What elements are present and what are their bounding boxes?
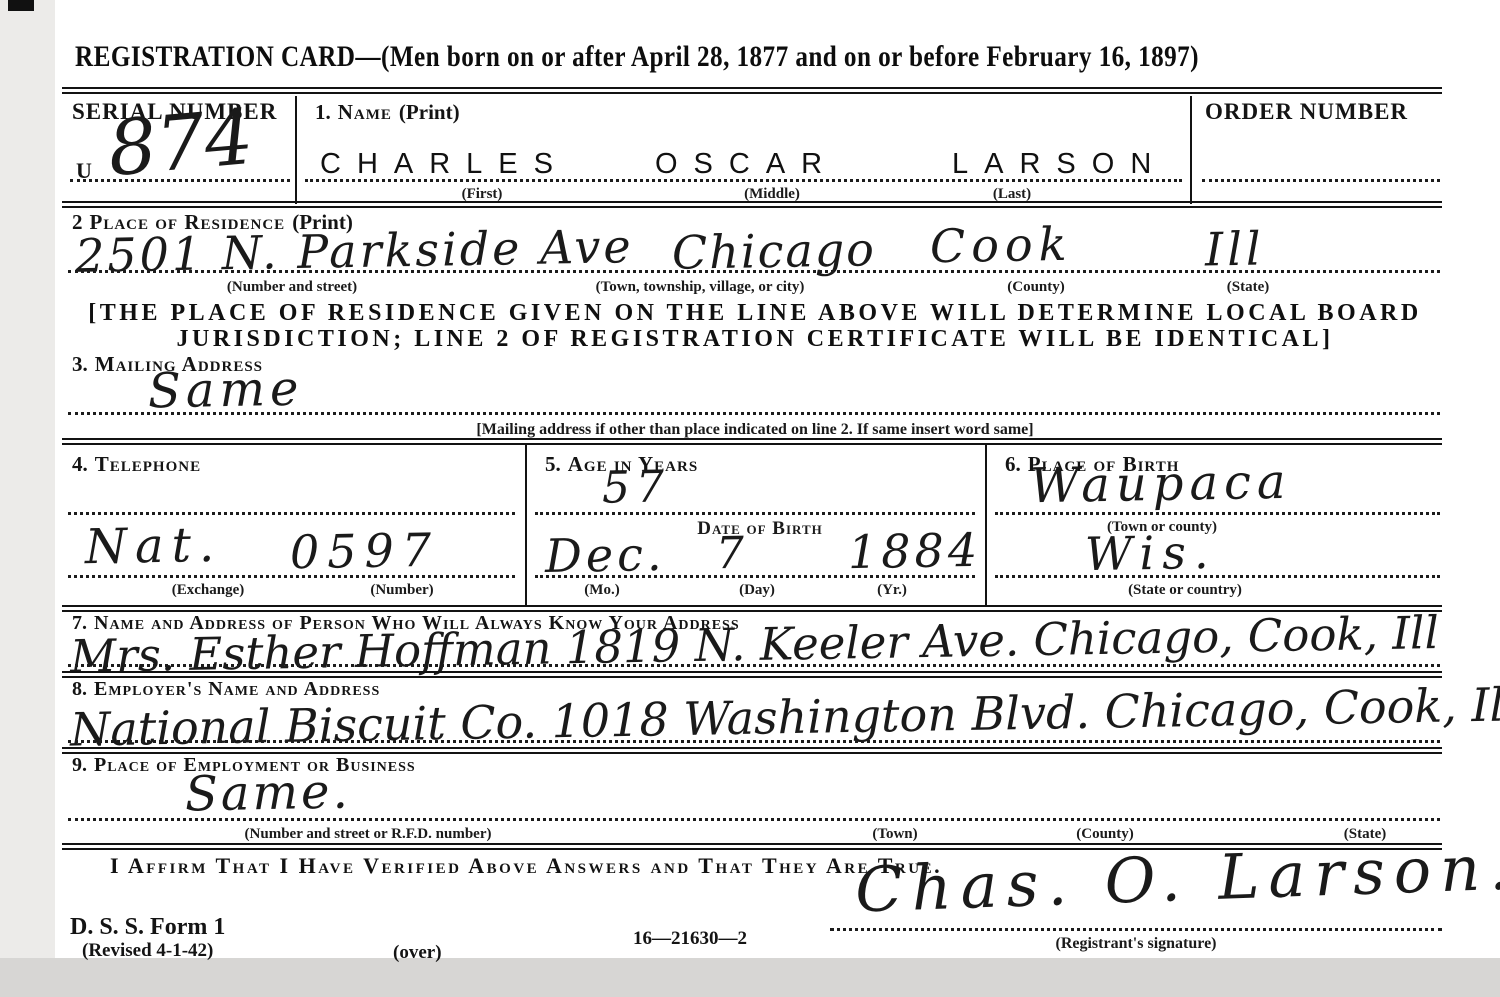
mailing-note: [Mailing address if other than place ind… [476, 421, 1033, 439]
card-title: REGISTRATION CARD—(Men born on or after … [75, 40, 1199, 74]
print-code: 16—21630—2 [633, 928, 747, 950]
name-field-number: 1. [315, 100, 331, 124]
birth-town-line [995, 512, 1440, 515]
form-revision: (Revised 4-1-42) [82, 940, 213, 962]
order-line [1202, 179, 1440, 182]
affirmation-text: I Affirm That I Have Verified Above Answ… [110, 853, 942, 879]
telephone-exchange-value: Nat. [85, 517, 223, 575]
mailing-line [68, 412, 1440, 415]
scan-corner-artifact [8, 0, 34, 11]
dob-sub-month: (Mo.) [584, 582, 619, 599]
age-field-number: 5. [545, 452, 561, 476]
divider-serial-name [295, 96, 297, 204]
employment-value: Same. [185, 764, 352, 823]
name-field-label: 1.Name(Print) [315, 100, 460, 125]
dob-day-value: 7 [716, 528, 745, 579]
telephone-number-value: 0597 [290, 523, 440, 580]
row3-divider [62, 438, 1442, 445]
mailing-field-number: 3. [72, 352, 88, 376]
signature-sub-label: (Registrant's signature) [1055, 935, 1216, 953]
age-line [535, 512, 975, 515]
residence-sub-state: (State) [1227, 279, 1269, 296]
employment-sub-street: (Number and street or R.F.D. number) [245, 826, 492, 843]
dob-year-value: 1884 [848, 523, 982, 579]
employment-sub-county: (County) [1076, 826, 1134, 843]
contact-line [68, 664, 1440, 667]
residence-state-value: Ill [1205, 221, 1266, 276]
divider-name-order [1190, 96, 1192, 204]
scan-bottom-edge [0, 958, 1500, 997]
telephone-blank-line [68, 512, 515, 515]
residence-sub-street: (Number and street) [227, 279, 357, 296]
name-middle-value: OSCAR [655, 148, 838, 181]
signature-line [830, 928, 1442, 931]
telephone-field-number: 4. [72, 452, 88, 476]
telephone-sub-exchange: (Exchange) [172, 582, 245, 599]
jurisdiction-note-line2: JURISDICTION; LINE 2 OF REGISTRATION CER… [177, 326, 1334, 353]
residence-line [68, 270, 1440, 273]
row7-divider [62, 671, 1442, 678]
dob-sub-year: (Yr.) [877, 582, 907, 599]
form-number: D. S. S. Form 1 [70, 914, 225, 941]
over-label: (over) [393, 942, 442, 964]
birth-field-number: 6. [1005, 452, 1021, 476]
residence-sub-town: (Town, township, village, or city) [596, 279, 805, 296]
registration-card-scan: REGISTRATION CARD—(Men born on or after … [0, 0, 1500, 997]
name-first-value: CHARLES [320, 148, 569, 181]
telephone-line [68, 575, 515, 578]
birth-state-line [995, 575, 1440, 578]
row1-divider [62, 201, 1442, 208]
serial-number-value: 874 [104, 92, 256, 193]
mailing-value: Same [148, 361, 304, 420]
title-divider [62, 87, 1442, 94]
birth-state-value: Wis. [1085, 525, 1217, 581]
name-field-text: Name [338, 100, 392, 124]
birth-sub-state: (State or country) [1128, 582, 1242, 599]
name-line [305, 179, 1182, 182]
order-number-label: ORDER NUMBER [1205, 99, 1408, 125]
dob-line [535, 575, 975, 578]
residence-county-value: Cook [930, 217, 1073, 273]
employment-sub-town: (Town) [872, 826, 917, 843]
jurisdiction-note-line1: [THE PLACE OF RESIDENCE GIVEN ON THE LIN… [88, 300, 1421, 327]
telephone-sub-number: (Number) [370, 582, 433, 599]
age-value: 57 [602, 461, 671, 513]
residence-sub-county: (County) [1007, 279, 1065, 296]
name-field-paren: (Print) [399, 100, 460, 124]
telephone-field-text: Telephone [95, 452, 201, 476]
employer-field-number: 8. [72, 678, 87, 700]
employer-field-text: Employer's Name and Address [94, 678, 380, 700]
employment-line [68, 818, 1440, 821]
divider-age-birth [985, 445, 987, 607]
dob-sub-day: (Day) [739, 582, 775, 599]
employment-field-number: 9. [72, 754, 87, 776]
employer-line [68, 740, 1440, 743]
birth-town-value: Waupaca [1030, 454, 1292, 515]
serial-line [70, 179, 290, 182]
divider-telephone-age [525, 445, 527, 607]
telephone-field-label: 4.Telephone [72, 452, 201, 477]
name-last-value: LARSON [952, 148, 1167, 181]
residence-street-value: 2501 N. Parkside Ave [75, 219, 634, 283]
row8-divider [62, 747, 1442, 754]
